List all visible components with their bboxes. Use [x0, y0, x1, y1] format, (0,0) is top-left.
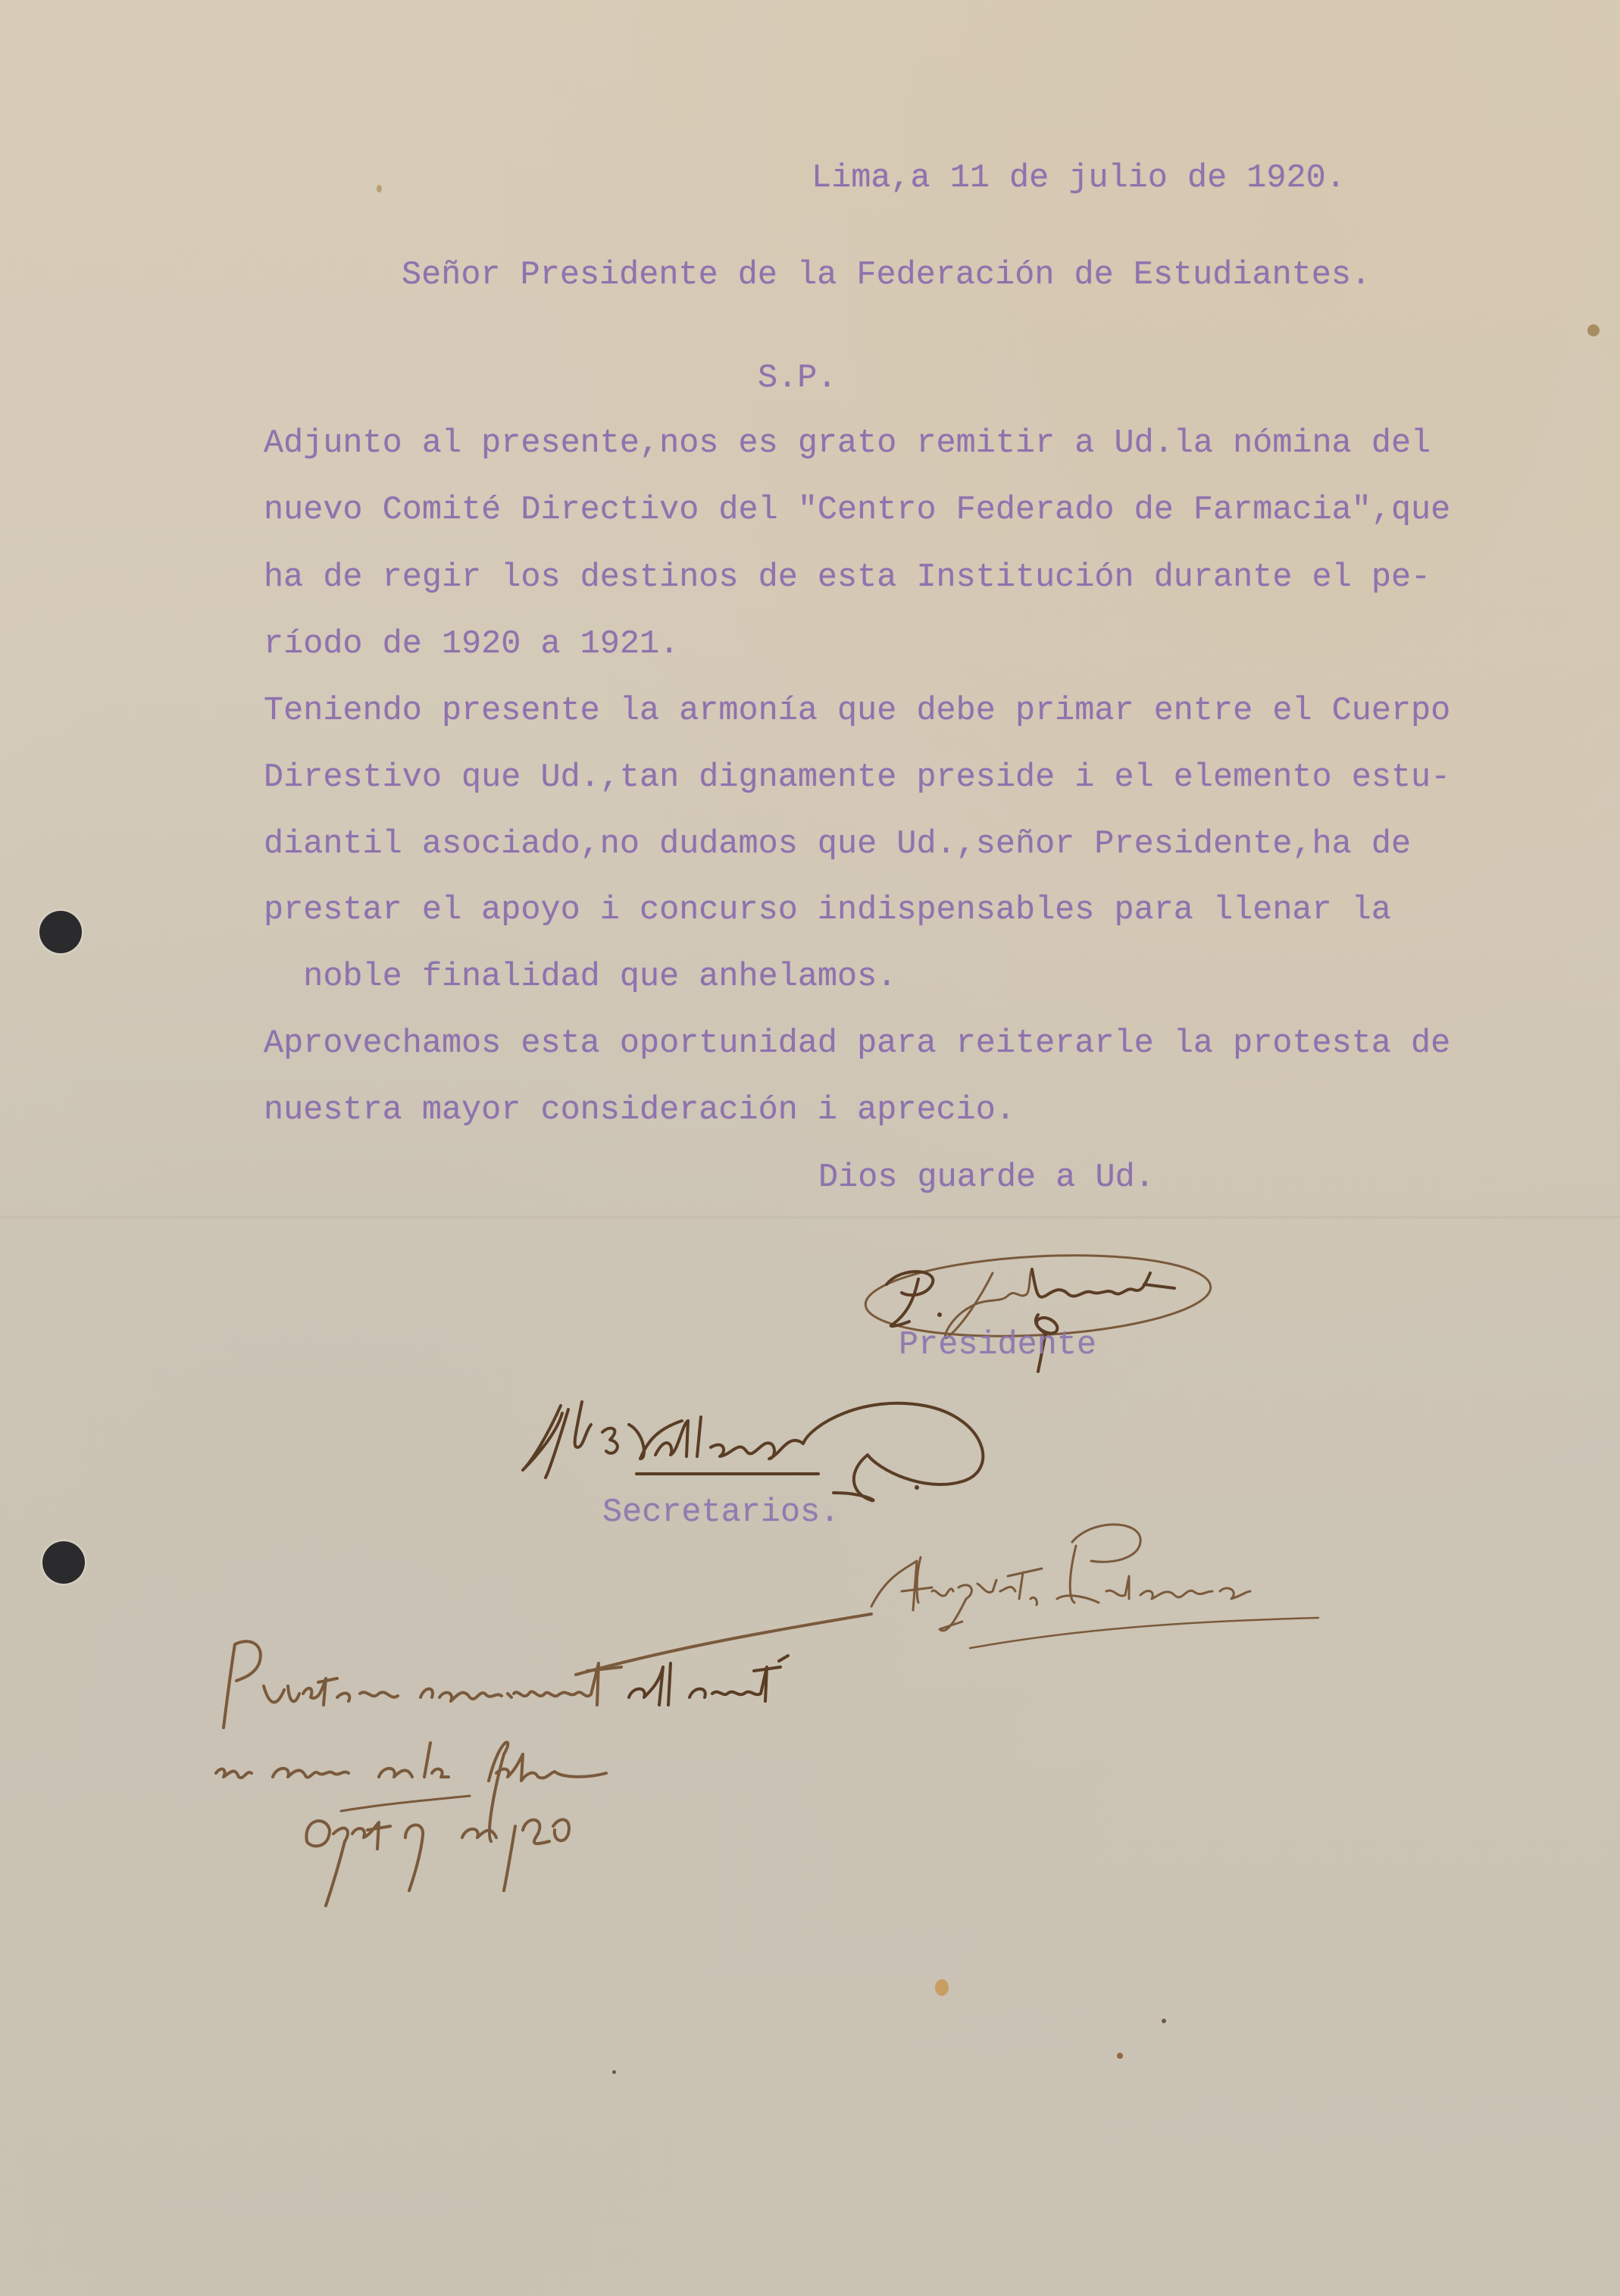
closing-line: Dios guarde a Ud. [818, 1162, 1155, 1195]
body-line: noble finalidad que anhelamos. [264, 961, 896, 994]
punch-hole-bottom [42, 1541, 85, 1584]
secretaries-title: Secretarios. [602, 1497, 840, 1530]
body-line: Teniendo presente la armonía que debe pr… [264, 695, 1450, 728]
salutation: S.P. [758, 362, 837, 396]
paper-background [0, 0, 1620, 2296]
foxing-spot [612, 2070, 616, 2074]
body-line: prestar el apoyo i concurso indispensabl… [264, 894, 1391, 927]
foxing-spot [1117, 2053, 1123, 2059]
foxing-spot [1587, 324, 1600, 336]
date-line: Lima,a 11 de julio de 1920. [812, 162, 1346, 196]
foxing-spot [1162, 2019, 1166, 2023]
punch-hole-top [39, 911, 82, 953]
body-line: Adjunto al presente,nos es grato remitir… [264, 427, 1431, 461]
addressee-line: Señor Presidente de la Federación de Est… [402, 259, 1371, 292]
body-line: Aprovechamos esta oportunidad para reite… [264, 1028, 1450, 1061]
foxing-spot [935, 1979, 949, 1996]
body-line: ríodo de 1920 a 1921. [264, 628, 679, 662]
body-line: nuevo Comité Directivo del "Centro Feder… [264, 494, 1450, 527]
body-line: diantil asociado,no dudamos que Ud.,seño… [264, 828, 1411, 862]
body-line: nuestra mayor consideración i aprecio. [264, 1094, 1015, 1128]
body-line: ha de regir los destinos de esta Institu… [264, 561, 1431, 595]
foxing-spot [377, 185, 382, 192]
fold-crease [0, 1216, 1620, 1218]
body-line: Direstivo que Ud.,tan dignamente preside… [264, 762, 1450, 795]
president-title: Presidente [899, 1329, 1096, 1362]
